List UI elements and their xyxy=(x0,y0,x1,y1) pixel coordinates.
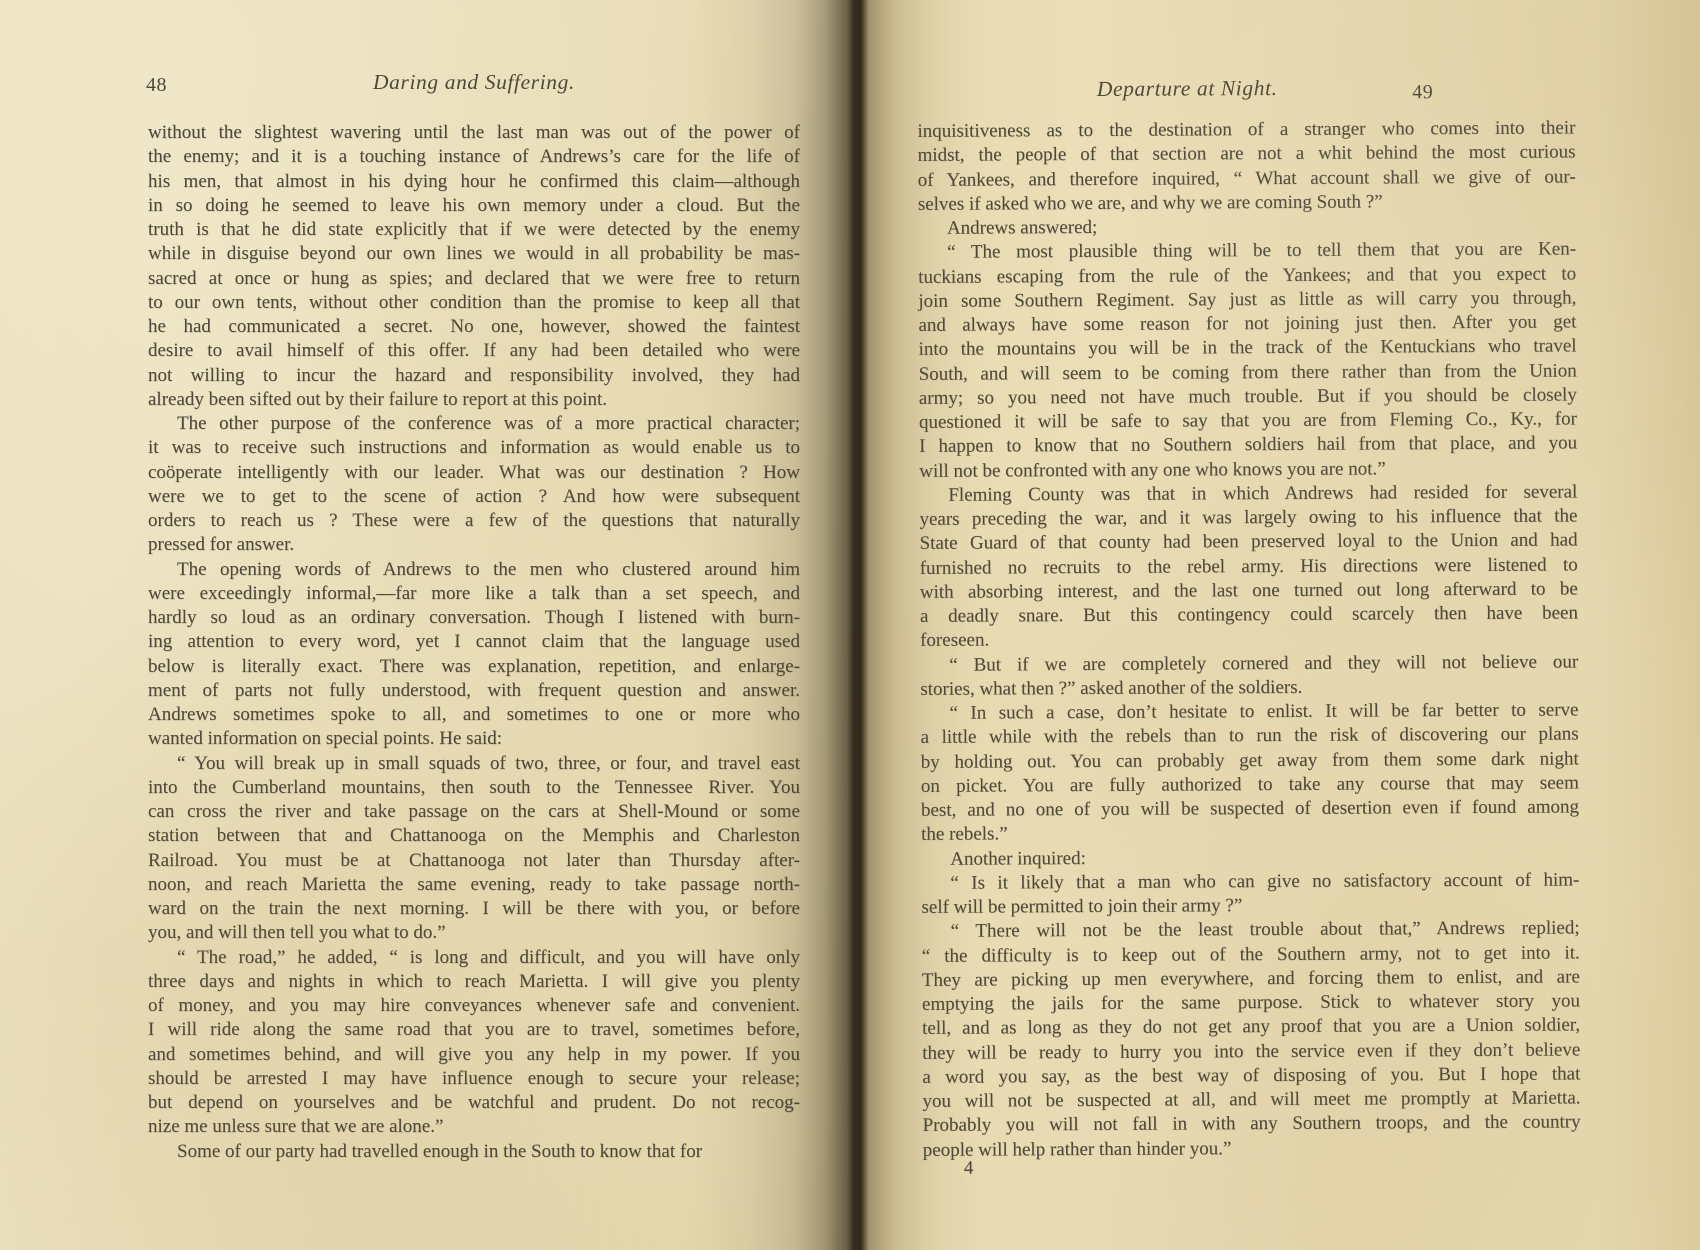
text-line: foreseen. xyxy=(920,626,1578,654)
text-line: Probably you will not fall in with any S… xyxy=(923,1111,1581,1139)
text-line: in so doing he seemed to leave his own m… xyxy=(148,194,800,218)
text-block-right: inquisitiveness as to the destination of… xyxy=(917,116,1580,1162)
text-line: of money, and you may hire conveyances w… xyxy=(148,994,800,1018)
text-line: “ The most plausible thing will be to te… xyxy=(918,238,1576,266)
text-line: I happen to know that no Southern soldie… xyxy=(919,432,1577,460)
text-line: self will be permitted to join their arm… xyxy=(921,892,1579,920)
paragraph: “ In such a case, don’t hesitate to enli… xyxy=(920,698,1579,847)
text-line: he had communicated a secret. No one, ho… xyxy=(148,315,800,339)
paragraph: “ There will not be the least trouble ab… xyxy=(922,917,1581,1163)
text-line: three days and nights in which to reach … xyxy=(148,970,800,994)
book-spread: 48 Daring and Suffering. without the sli… xyxy=(0,0,1700,1250)
paragraph: “ Is it likely that a man who can give n… xyxy=(921,868,1579,920)
text-line: ing attention to every word, yet I canno… xyxy=(148,630,800,654)
text-line: “ You will break up in small squads of t… xyxy=(148,752,800,776)
text-line: tuckians escaping from the rule of the Y… xyxy=(918,262,1576,290)
text-line: The other purpose of the conference was … xyxy=(148,412,800,436)
text-line: of Yankees, and therefore inquired, “ Wh… xyxy=(918,165,1576,193)
page-right-content: 49 Departure at Night. inquisitiveness a… xyxy=(855,0,1700,1250)
paragraph: without the slightest wavering until the… xyxy=(148,121,800,412)
running-header-left: Daring and Suffering. xyxy=(148,70,800,95)
text-line: “ But if we are completely cornered and … xyxy=(920,650,1578,678)
text-line: were we to get to the scene of action ? … xyxy=(148,485,800,509)
text-line: pressed for answer. xyxy=(148,533,800,557)
text-line: his men, that almost in his dying hour h… xyxy=(148,170,800,194)
text-line: questioned it will be safe to say that y… xyxy=(919,407,1577,435)
text-line: Another inquired: xyxy=(921,844,1579,872)
paragraph: inquisitiveness as to the destination of… xyxy=(917,116,1575,216)
text-block-left: without the slightest wavering until the… xyxy=(148,121,800,1164)
text-line: a little while with the rebels than to r… xyxy=(921,723,1579,751)
paragraph: “ The road,” he added, “ is long and dif… xyxy=(148,946,800,1140)
text-line: desire to avail himself of this offer. I… xyxy=(148,339,800,363)
text-line: ward on the train the next morning. I wi… xyxy=(148,897,800,921)
text-line: army; so you need not have much trouble.… xyxy=(919,383,1577,411)
paragraph: Another inquired: xyxy=(921,844,1579,872)
text-line: truth is that he did state explicitly th… xyxy=(148,218,800,242)
text-line: Fleming County was that in which Andrews… xyxy=(919,480,1577,508)
text-line: “ The road,” he added, “ is long and dif… xyxy=(148,946,800,970)
text-line: they will be ready to hurry you into the… xyxy=(922,1038,1580,1066)
text-line: you will not be suspected at all, and wi… xyxy=(922,1086,1580,1114)
text-line: hardly so loud as an ordinary conversati… xyxy=(148,606,800,630)
text-line: noon, and reach Marietta the same evenin… xyxy=(148,873,800,897)
text-line: Railroad. You must be at Chattanooga not… xyxy=(148,849,800,873)
text-line: midst, the people of that section are no… xyxy=(917,141,1575,169)
paragraph: The other purpose of the conference was … xyxy=(148,412,800,558)
paragraph: The opening words of Andrews to the men … xyxy=(148,558,800,752)
text-line: furnished no recruits to the rebel army.… xyxy=(920,553,1578,581)
text-line: nize me unless sure that we are alone.” xyxy=(148,1115,800,1139)
text-line: with absorbing interest, and the last on… xyxy=(920,577,1578,605)
paragraph: Andrews answered; xyxy=(918,213,1576,241)
text-line: coöperate intelligently with our leader.… xyxy=(148,461,800,485)
text-line: while in disguise beyond our own lines w… xyxy=(148,242,800,266)
text-line: and sometimes behind, and will give you … xyxy=(148,1043,800,1067)
text-line: best, and no one of you will be suspecte… xyxy=(921,795,1579,823)
text-line: it was to receive such instructions and … xyxy=(148,436,800,460)
text-line: orders to reach us ? These were a few of… xyxy=(148,509,800,533)
text-line: into the mountains you will be in the tr… xyxy=(918,335,1576,363)
text-line: should be arrested I may have influence … xyxy=(148,1067,800,1091)
text-line: already been sifted out by their failure… xyxy=(148,388,800,412)
text-line: you, and will then tell you what to do.” xyxy=(148,921,800,945)
text-line: and always have some reason for not join… xyxy=(918,310,1576,338)
text-line: stories, what then ?” asked another of t… xyxy=(920,674,1578,702)
text-line: tell, and as long as they do not get any… xyxy=(922,1014,1580,1042)
paragraph: “ The most plausible thing will be to te… xyxy=(918,238,1577,484)
text-line: “ There will not be the least trouble ab… xyxy=(922,917,1580,945)
text-line: years preceding the war, and it was larg… xyxy=(919,504,1577,532)
text-line: “ the difficulty is to keep out of the S… xyxy=(922,941,1580,969)
paragraph: “ You will break up in small squads of t… xyxy=(148,752,800,946)
text-line: The opening words of Andrews to the men … xyxy=(148,558,800,582)
text-line: will not be confronted with any one who … xyxy=(919,456,1577,484)
text-line: not willing to incur the hazard and resp… xyxy=(148,364,800,388)
text-line: emptying the jails for the same purpose.… xyxy=(922,989,1580,1017)
page-left: 48 Daring and Suffering. without the sli… xyxy=(0,0,858,1250)
text-line: “ In such a case, don’t hesitate to enli… xyxy=(920,698,1578,726)
page-right: 49 Departure at Night. inquisitiveness a… xyxy=(858,0,1700,1250)
text-line: wanted information on special points. He… xyxy=(148,727,800,751)
text-line: were exceedingly informal,—far more like… xyxy=(148,582,800,606)
page-left-content: 48 Daring and Suffering. without the sli… xyxy=(0,0,858,1250)
text-line: join some Southern Regiment. Say just as… xyxy=(918,286,1576,314)
text-line: selves if asked who we are, and why we a… xyxy=(918,189,1576,217)
text-line: can cross the river and take passage on … xyxy=(148,800,800,824)
text-line: ment of parts not fully understood, with… xyxy=(148,679,800,703)
text-line: a word you say, as the best way of dispo… xyxy=(922,1062,1580,1090)
text-line: State Guard of that county had been pres… xyxy=(920,529,1578,557)
paragraph: Some of our party had travelled enough i… xyxy=(148,1140,800,1164)
paragraph: Fleming County was that in which Andrews… xyxy=(919,480,1578,653)
text-line: Some of our party had travelled enough i… xyxy=(148,1140,800,1164)
text-line: but depend on yourselves and be watchful… xyxy=(148,1091,800,1115)
text-line: “ Is it likely that a man who can give n… xyxy=(921,868,1579,896)
text-line: the rebels.” xyxy=(921,820,1579,848)
text-line: They are picking up men everywhere, and … xyxy=(922,965,1580,993)
text-line: station between that and Chattanooga on … xyxy=(148,824,800,848)
text-line: to our own tents, without other conditio… xyxy=(148,291,800,315)
text-line: by holding out. You can probably get awa… xyxy=(921,747,1579,775)
text-line: into the Cumberland mountains, then sout… xyxy=(148,776,800,800)
text-line: people will help rather than hinder you.… xyxy=(923,1135,1581,1163)
text-line: without the slightest wavering until the… xyxy=(148,121,800,145)
text-line: sacred at once or hung as spies; and dec… xyxy=(148,267,800,291)
text-line: inquisitiveness as to the destination of… xyxy=(917,116,1575,144)
text-line: on picket. You are fully authorized to t… xyxy=(921,771,1579,799)
paragraph: “ But if we are completely cornered and … xyxy=(920,650,1578,702)
text-line: the enemy; and it is a touching instance… xyxy=(148,145,800,169)
text-line: a deadly snare. But this contingency cou… xyxy=(920,601,1578,629)
text-line: Andrews sometimes spoke to all, and some… xyxy=(148,703,800,727)
text-line: Andrews answered; xyxy=(918,213,1576,241)
text-line: South, and will seem to be coming from t… xyxy=(919,359,1577,387)
text-line: I will ride along the same road that you… xyxy=(148,1018,800,1042)
text-line: below is literally exact. There was expl… xyxy=(148,655,800,679)
running-header-right: Departure at Night. xyxy=(917,75,1457,103)
signature-mark: 4 xyxy=(964,1158,974,1180)
